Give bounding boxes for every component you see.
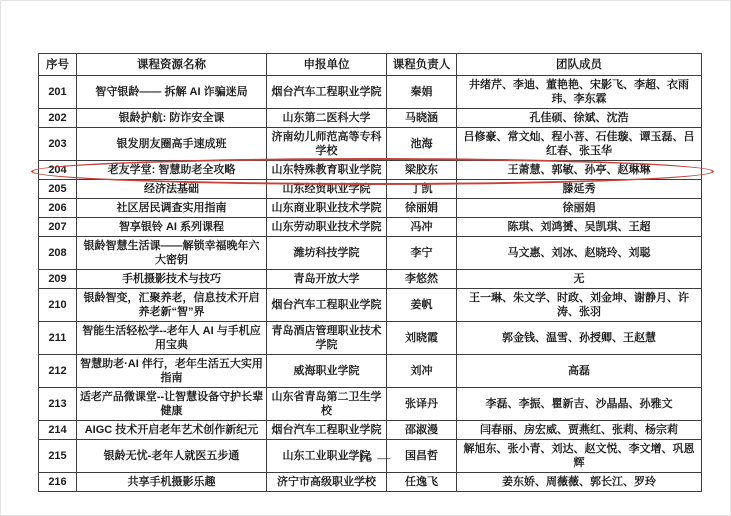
cell-course-leader: 徐丽娟 (387, 199, 457, 218)
cell-team-members: 马文惠、刘冰、赵晓玲、刘聪 (457, 237, 702, 270)
table-row: 202 银龄护航: 防诈安全课 山东第二医科大学 马晓涵 孔佳硕、徐斌、沈浩 (39, 109, 702, 128)
table-row: 209 手机摄影技术与技巧 青岛开放大学 李悠然 无 (39, 270, 702, 289)
cell-declaring-unit: 山东经贸职业学院 (267, 180, 387, 199)
cell-declaring-unit: 山东商业职业技术学院 (267, 199, 387, 218)
cell-course-name: 智享银铃 AI 系列课程 (77, 218, 267, 237)
cell-serial-number: 204 (39, 161, 77, 180)
cell-serial-number: 208 (39, 237, 77, 270)
cell-course-leader: 池海 (387, 128, 457, 161)
cell-declaring-unit: 济南幼儿师范高等专科学校 (267, 128, 387, 161)
cell-course-leader: 刘冲 (387, 355, 457, 388)
page-number: — 16 — (1, 450, 730, 466)
cell-declaring-unit: 烟台汽车工程职业学院 (267, 421, 387, 440)
table-row: 214 AIGC 技术开启老年艺术创作新纪元 烟台汽车工程职业学院 邵淑漫 闫春… (39, 421, 702, 440)
cell-course-leader: 刘晓霞 (387, 322, 457, 355)
cell-course-name: 智能生活轻松学--老年人 AI 与手机应用宝典 (77, 322, 267, 355)
table-row: 212 智慧助老·AI 伴行，老年生活五大实用指南 威海职业学院 刘冲 高磊 (39, 355, 702, 388)
cell-team-members: 孔佳硕、徐斌、沈浩 (457, 109, 702, 128)
cell-course-name: 社区居民调查实用指南 (77, 199, 267, 218)
table-row: 203 银发朋友圈高手速成班 济南幼儿师范高等专科学校 池海 吕修豪、常文灿、程… (39, 128, 702, 161)
cell-course-leader: 冯冲 (387, 218, 457, 237)
cell-declaring-unit: 威海职业学院 (267, 355, 387, 388)
cell-team-members: 无 (457, 270, 702, 289)
table-body: 201 智守银龄—— 拆解 AI 诈骗迷局 烟台汽车工程职业学院 秦娟 井绪芹、… (39, 76, 702, 492)
course-resource-table: 序号 课程资源名称 申报单位 课程负责人 团队成员 201 智守银龄—— 拆解 … (38, 53, 702, 492)
cell-serial-number: 205 (39, 180, 77, 199)
cell-serial-number: 214 (39, 421, 77, 440)
cell-team-members: 闫春丽、房宏威、贾燕红、张莉、杨宗莉 (457, 421, 702, 440)
cell-team-members: 滕延秀 (457, 180, 702, 199)
header-team-members: 团队成员 (457, 54, 702, 76)
cell-team-members: 陈琪、刘鸿赟、吴凯琪、王超 (457, 218, 702, 237)
cell-team-members: 井绪芹、李迪、董艳艳、宋影飞、李超、衣雨玮、李东霖 (457, 76, 702, 109)
cell-course-name: 共享手机摄影乐趣 (77, 473, 267, 492)
cell-serial-number: 210 (39, 289, 77, 322)
table-row: 211 智能生活轻松学--老年人 AI 与手机应用宝典 青岛酒店管理职业技术学院… (39, 322, 702, 355)
cell-course-name: 老友学堂: 智慧助老全攻略 (77, 161, 267, 180)
header-row: 序号 课程资源名称 申报单位 课程负责人 团队成员 (39, 54, 702, 76)
table-row: 216 共享手机摄影乐趣 济宁市高级职业学校 任逸飞 姜东娇、周薇薇、郭长江、罗… (39, 473, 702, 492)
table-row: 206 社区居民调查实用指南 山东商业职业技术学院 徐丽娟 徐丽娟 (39, 199, 702, 218)
cell-course-leader: 秦娟 (387, 76, 457, 109)
cell-course-name: 经济法基础 (77, 180, 267, 199)
cell-serial-number: 212 (39, 355, 77, 388)
cell-team-members: 王萧慧、郭敏、孙亭、赵琳琳 (457, 161, 702, 180)
cell-serial-number: 216 (39, 473, 77, 492)
cell-course-leader: 任逸飞 (387, 473, 457, 492)
cell-course-leader: 邵淑漫 (387, 421, 457, 440)
cell-serial-number: 206 (39, 199, 77, 218)
cell-declaring-unit: 山东劳动职业技术学院 (267, 218, 387, 237)
cell-course-leader: 姜帆 (387, 289, 457, 322)
cell-course-name: 银龄智慧生活课——解锁幸福晚年六大密钥 (77, 237, 267, 270)
cell-team-members: 徐丽娟 (457, 199, 702, 218)
table-row: 204 老友学堂: 智慧助老全攻略 山东特殊教育职业学院 梁胶东 王萧慧、郭敏、… (39, 161, 702, 180)
cell-team-members: 姜东娇、周薇薇、郭长江、罗玲 (457, 473, 702, 492)
table-header: 序号 课程资源名称 申报单位 课程负责人 团队成员 (39, 54, 702, 76)
table-row: 208 银龄智慧生活课——解锁幸福晚年六大密钥 潍坊科技学院 李宁 马文惠、刘冰… (39, 237, 702, 270)
cell-declaring-unit: 山东第二医科大学 (267, 109, 387, 128)
table-row: 205 经济法基础 山东经贸职业学院 丁凯 滕延秀 (39, 180, 702, 199)
cell-course-name: 银龄护航: 防诈安全课 (77, 109, 267, 128)
header-course-leader: 课程负责人 (387, 54, 457, 76)
cell-course-name: 银发朋友圈高手速成班 (77, 128, 267, 161)
cell-team-members: 吕修豪、常文灿、程小菩、石佳璇、谭玉磊、吕红春、张玉华 (457, 128, 702, 161)
cell-course-leader: 李悠然 (387, 270, 457, 289)
header-declaring-unit: 申报单位 (267, 54, 387, 76)
cell-course-name: AIGC 技术开启老年艺术创作新纪元 (77, 421, 267, 440)
cell-team-members: 王一琳、朱文学、时政、刘金坤、谢静月、许涛、张羽 (457, 289, 702, 322)
header-course-name: 课程资源名称 (77, 54, 267, 76)
cell-declaring-unit: 烟台汽车工程职业学院 (267, 289, 387, 322)
cell-serial-number: 202 (39, 109, 77, 128)
header-serial-number: 序号 (39, 54, 77, 76)
cell-course-leader: 梁胶东 (387, 161, 457, 180)
page: 序号 课程资源名称 申报单位 课程负责人 团队成员 201 智守银龄—— 拆解 … (0, 0, 731, 516)
cell-declaring-unit: 山东特殊教育职业学院 (267, 161, 387, 180)
table-row: 213 适老产品微课堂--让智慧设备守护长辈健康 山东省青岛第二卫生学校 张译丹… (39, 388, 702, 421)
cell-serial-number: 213 (39, 388, 77, 421)
table-row: 201 智守银龄—— 拆解 AI 诈骗迷局 烟台汽车工程职业学院 秦娟 井绪芹、… (39, 76, 702, 109)
cell-course-leader: 马晓涵 (387, 109, 457, 128)
cell-team-members: 高磊 (457, 355, 702, 388)
cell-serial-number: 207 (39, 218, 77, 237)
cell-declaring-unit: 青岛酒店管理职业技术学院 (267, 322, 387, 355)
table-row: 207 智享银铃 AI 系列课程 山东劳动职业技术学院 冯冲 陈琪、刘鸿赟、吴凯… (39, 218, 702, 237)
cell-serial-number: 211 (39, 322, 77, 355)
cell-team-members: 郭金钱、温雪、孙授卿、王赵慧 (457, 322, 702, 355)
cell-course-name: 智慧助老·AI 伴行，老年生活五大实用指南 (77, 355, 267, 388)
cell-course-leader: 丁凯 (387, 180, 457, 199)
cell-course-name: 适老产品微课堂--让智慧设备守护长辈健康 (77, 388, 267, 421)
table-row: 210 银龄智变，汇聚养老，信息技术开启养老新“智”界 烟台汽车工程职业学院 姜… (39, 289, 702, 322)
cell-course-name: 银龄智变，汇聚养老，信息技术开启养老新“智”界 (77, 289, 267, 322)
cell-serial-number: 203 (39, 128, 77, 161)
cell-course-leader: 张译丹 (387, 388, 457, 421)
cell-declaring-unit: 潍坊科技学院 (267, 237, 387, 270)
cell-serial-number: 209 (39, 270, 77, 289)
cell-serial-number: 201 (39, 76, 77, 109)
cell-declaring-unit: 山东省青岛第二卫生学校 (267, 388, 387, 421)
cell-declaring-unit: 烟台汽车工程职业学院 (267, 76, 387, 109)
cell-declaring-unit: 济宁市高级职业学校 (267, 473, 387, 492)
cell-course-leader: 李宁 (387, 237, 457, 270)
cell-declaring-unit: 青岛开放大学 (267, 270, 387, 289)
cell-course-name: 智守银龄—— 拆解 AI 诈骗迷局 (77, 76, 267, 109)
cell-team-members: 李磊、李振、瞿新吉、沙晶晶、孙雅文 (457, 388, 702, 421)
cell-course-name: 手机摄影技术与技巧 (77, 270, 267, 289)
